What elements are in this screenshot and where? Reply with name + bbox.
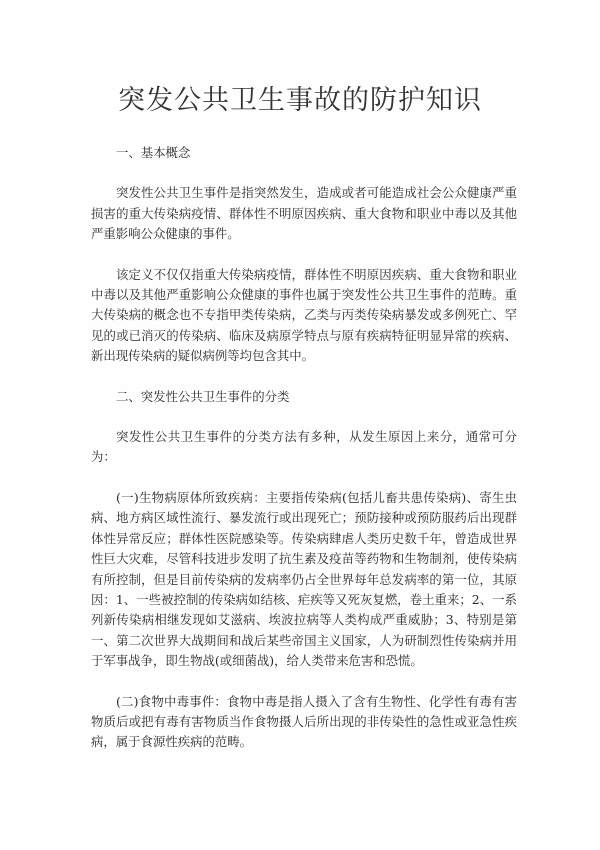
document-body: 一、基本概念 突发性公共卫生事件是指突然发生，造成或者可能造成社会公众健康严重损…: [91, 143, 517, 773]
section-heading-basic-concepts: 一、基本概念: [116, 143, 517, 163]
section-heading-classification: 二、突发性公共卫生事件的分类: [116, 387, 517, 407]
paragraph-food-poisoning: (二)食物中毒事件：食物中毒是指人摄入了含有生物性、化学性有毒有害物质后或把有毒…: [91, 692, 517, 753]
paragraph-scope: 该定义不仅仅指重大传染病疫情，群体性不明原因疾病、重大食物和职业中毒以及其他严重…: [91, 265, 517, 367]
document-title: 突发公共卫生事故的防护知识: [0, 78, 600, 117]
paragraph-definition: 突发性公共卫生事件是指突然发生，造成或者可能造成社会公众健康严重损害的重大传染病…: [91, 183, 517, 244]
paragraph-biological-pathogens: (一)生物病原体所致疾病：主要指传染病(包括儿畜共患传染病)、寄生虫病、地方病区…: [91, 488, 517, 672]
document-page: 突发公共卫生事故的防护知识 一、基本概念 突发性公共卫生事件是指突然发生，造成或…: [0, 0, 600, 850]
paragraph-classification-intro: 突发性公共卫生事件的分类方法有多种，从发生原因上来分，通常可分为：: [91, 427, 517, 468]
